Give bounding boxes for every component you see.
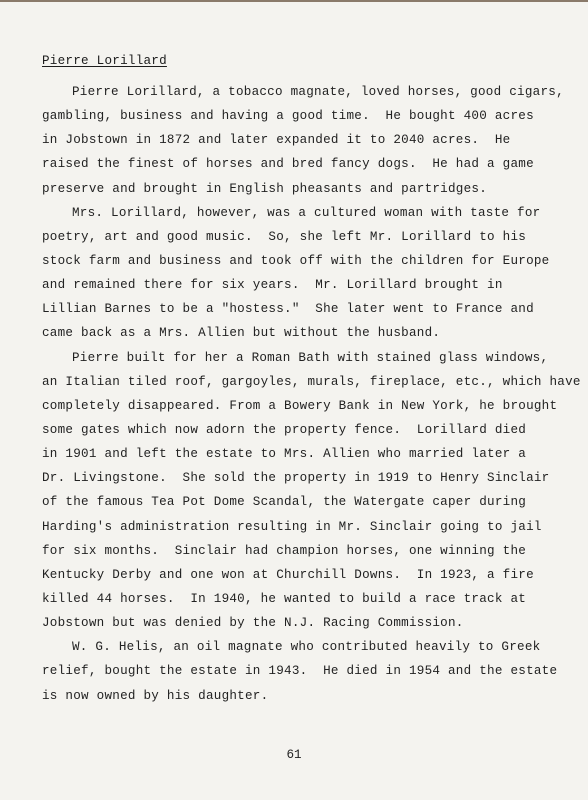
- page-number: 61: [0, 748, 588, 762]
- text-line: raised the finest of horses and bred fan…: [42, 152, 582, 176]
- paragraph-1: Pierre Lorillard, a tobacco magnate, lov…: [42, 80, 582, 201]
- text-line: in 1901 and left the estate to Mrs. Alli…: [42, 442, 582, 466]
- paragraph-4: W. G. Helis, an oil magnate who contribu…: [42, 635, 582, 707]
- text-line: an Italian tiled roof, gargoyles, murals…: [42, 370, 582, 394]
- text-line: Lillian Barnes to be a "hostess." She la…: [42, 297, 582, 321]
- document-body: Pierre Lorillard, a tobacco magnate, lov…: [42, 80, 582, 708]
- text-line: for six months. Sinclair had champion ho…: [42, 539, 582, 563]
- text-line: Pierre built for her a Roman Bath with s…: [42, 346, 582, 370]
- text-line: is now owned by his daughter.: [42, 684, 582, 708]
- text-line: in Jobstown in 1872 and later expanded i…: [42, 128, 582, 152]
- text-line: Jobstown but was denied by the N.J. Raci…: [42, 611, 582, 635]
- paragraph-3: Pierre built for her a Roman Bath with s…: [42, 346, 582, 636]
- text-line: killed 44 horses. In 1940, he wanted to …: [42, 587, 582, 611]
- section-title: Pierre Lorillard: [42, 54, 167, 68]
- text-line: Pierre Lorillard, a tobacco magnate, lov…: [42, 80, 582, 104]
- text-line: of the famous Tea Pot Dome Scandal, the …: [42, 490, 582, 514]
- paragraph-2: Mrs. Lorillard, however, was a cultured …: [42, 201, 582, 346]
- text-line: stock farm and business and took off wit…: [42, 249, 582, 273]
- text-line: and remained there for six years. Mr. Lo…: [42, 273, 582, 297]
- text-line: W. G. Helis, an oil magnate who contribu…: [42, 635, 582, 659]
- text-line: gambling, business and having a good tim…: [42, 104, 582, 128]
- text-line: completely disappeared. From a Bowery Ba…: [42, 394, 582, 418]
- text-line: Kentucky Derby and one won at Churchill …: [42, 563, 582, 587]
- text-line: preserve and brought in English pheasant…: [42, 177, 582, 201]
- text-line: some gates which now adorn the property …: [42, 418, 582, 442]
- document-page: Pierre Lorillard Pierre Lorillard, a tob…: [0, 0, 588, 800]
- text-line: poetry, art and good music. So, she left…: [42, 225, 582, 249]
- text-line: relief, bought the estate in 1943. He di…: [42, 659, 582, 683]
- text-line: came back as a Mrs. Allien but without t…: [42, 321, 582, 345]
- text-line: Harding's administration resulting in Mr…: [42, 515, 582, 539]
- text-line: Mrs. Lorillard, however, was a cultured …: [42, 201, 582, 225]
- text-line: Dr. Livingstone. She sold the property i…: [42, 466, 582, 490]
